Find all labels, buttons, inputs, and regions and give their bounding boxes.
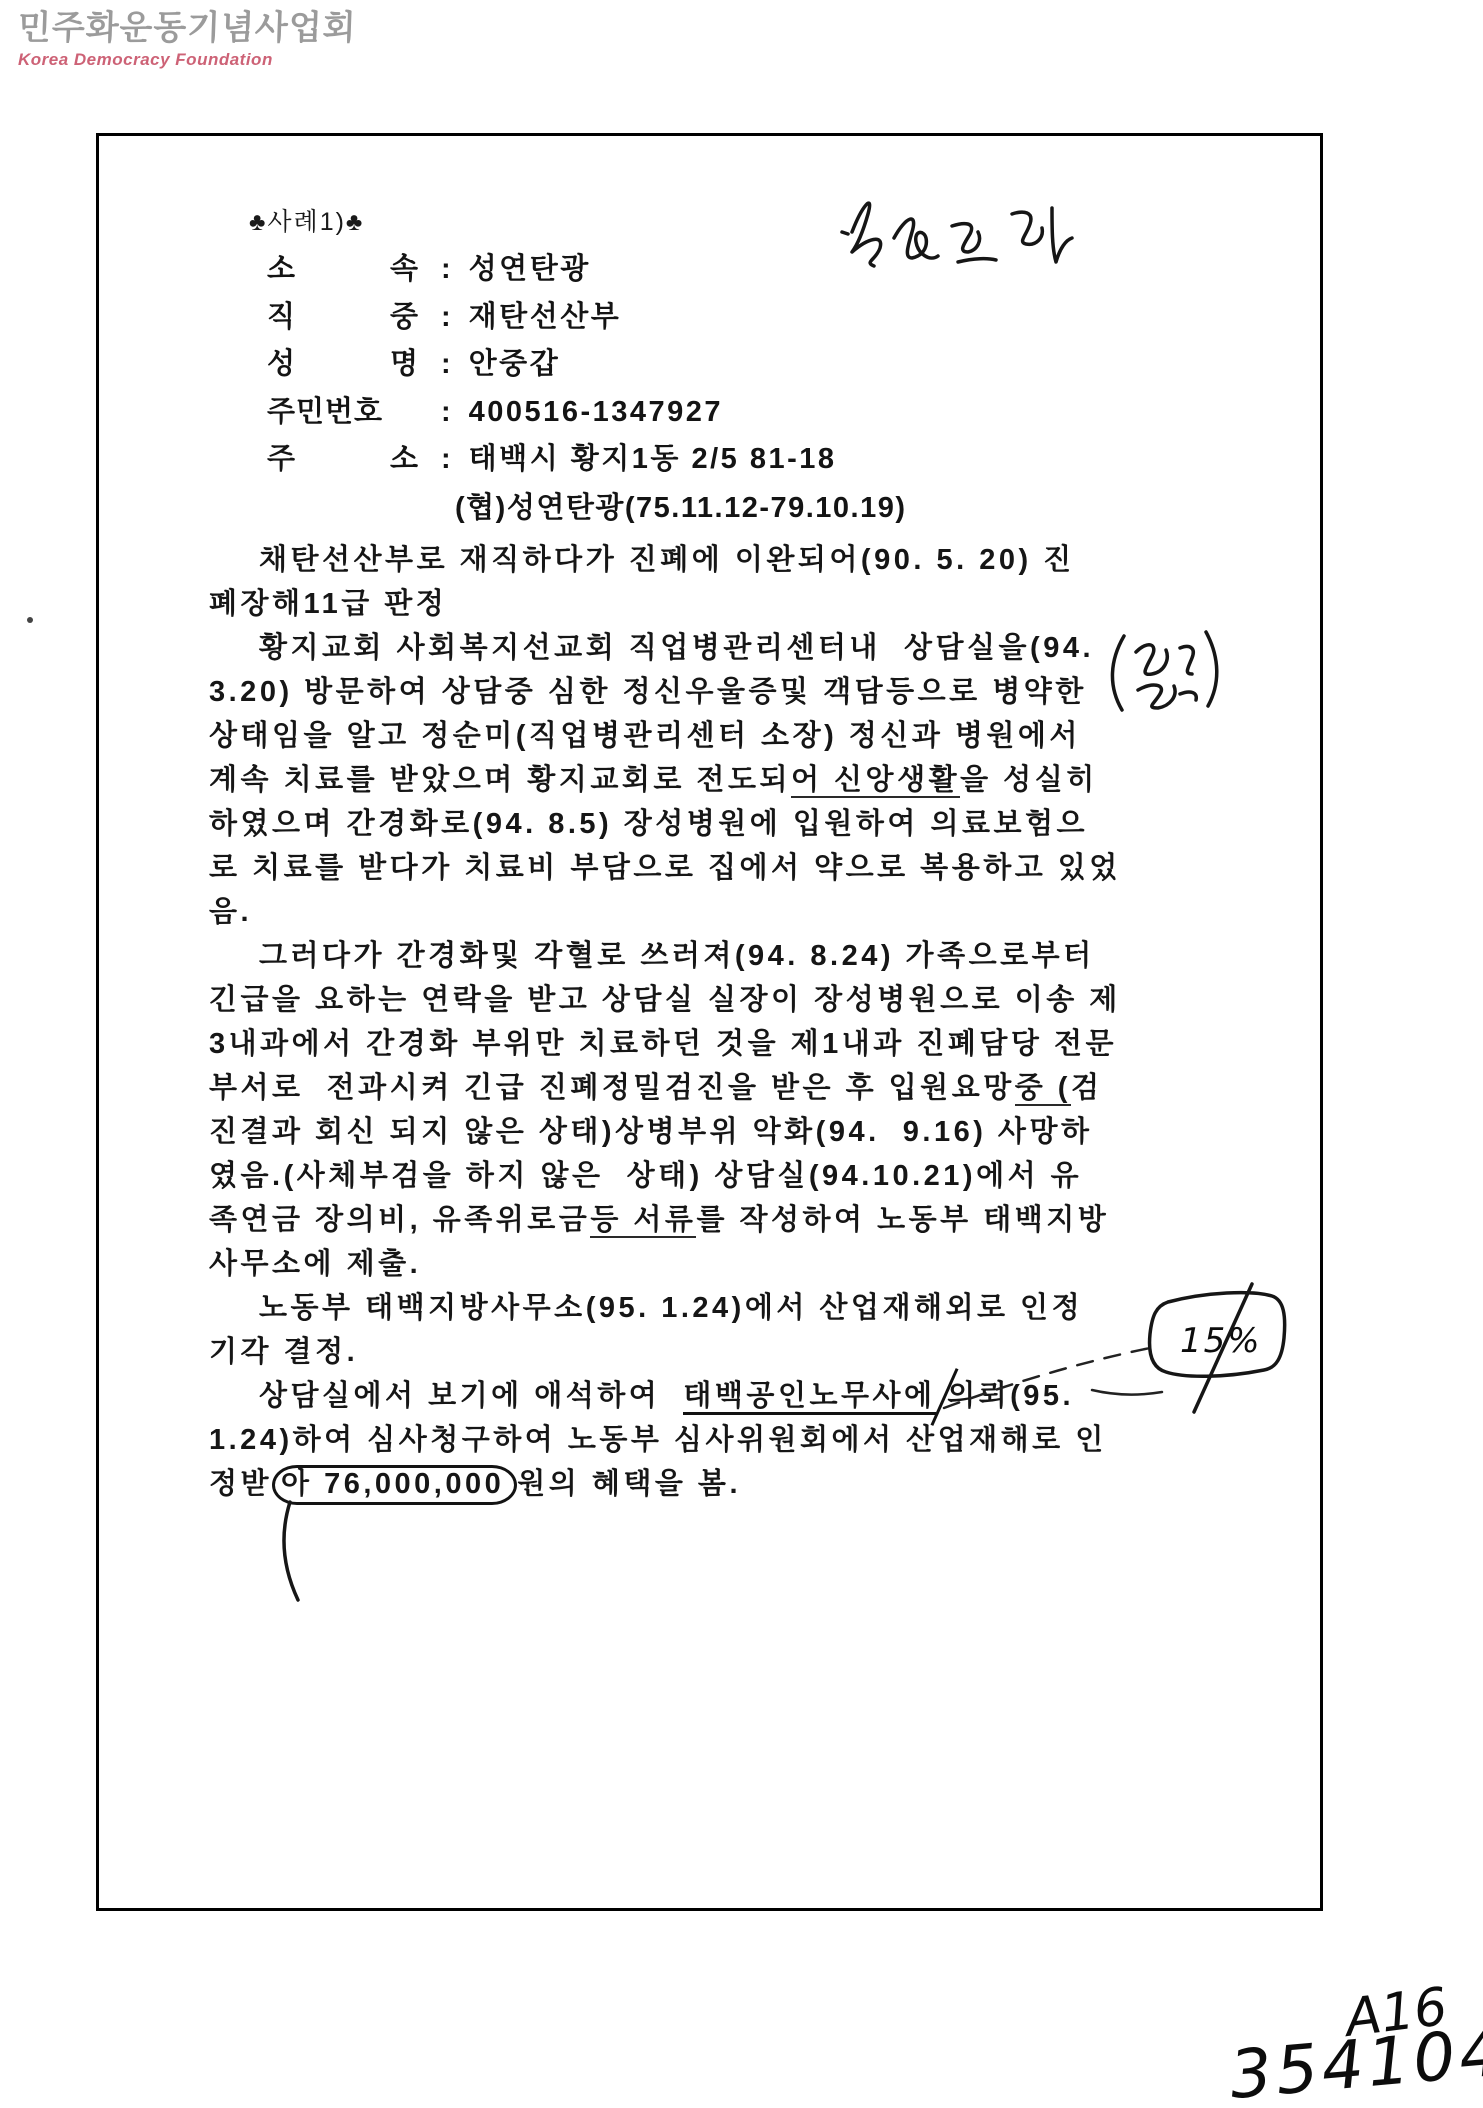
page-number-handwriting: 354104 [1227,2013,1483,2108]
body-text: 의뢰(95. [936,1380,1075,1412]
field-colon: : [441,443,451,476]
body-line: 상담실에서 보기에 애석하여 태백공인노무사에 의뢰(95. [209,1374,1269,1418]
body-line: 3.20) 방문하여 상담중 심한 정신우울증및 객담등으로 병약한 [209,670,1269,714]
affiliation-period-note: (협)성연탄광(75.11.12-79.10.19) [455,485,907,526]
field-row-resident-id: 주민번호 : 400516-1347927 [267,389,723,430]
body-text: 1.24)하여 심사청구하여 노동부 심사위원회에서 산업재해로 인 [209,1424,1107,1456]
logo-english-name: Korea Democracy Foundation [18,50,356,70]
body-line: 계속 치료를 받았으며 황지교회로 전도되어 신앙생활을 성실히 [209,758,1269,802]
body-text: 그러다가 간경화및 각혈로 쓰러져(94. 8.24) 가족으로부터 [259,940,1095,972]
body-line: 음. [209,890,1269,934]
field-label: 직 중 [267,294,419,335]
body-text: 채탄선산부로 재직하다가 진폐에 이완되어(90. 5. 20) 진 [259,544,1075,576]
body-text: 상태임을 알고 정순미(직업병관리센터 소장) 정신과 병원에서 [209,720,1081,752]
body-line: 하였으며 간경화로(94. 8.5) 장성병원에 입원하여 의료보험으 [209,802,1269,846]
body-text: 음. [209,896,252,928]
field-colon: : [441,348,451,381]
korea-democracy-foundation-logo: 민주화운동기념사업회 Korea Democracy Foundation [18,8,356,70]
body-text: 정받 [209,1468,272,1500]
field-value: 안중갑 [469,341,561,382]
field-value: 400516-1347927 [469,396,723,429]
body-text: 노동부 태백지방사무소(95. 1.24)에서 산업재해외로 인정 [259,1292,1083,1324]
pen-marked-text: 중 ( [1015,1072,1071,1106]
body-line: 부서로 전과시켜 긴급 진폐정밀검진을 받은 후 입원요망중 (검 [209,1066,1269,1110]
body-text: 계속 치료를 받았으며 황지교회로 전도되 [209,764,791,796]
body-line: 로 치료를 받다가 치료비 부담으로 집에서 약으로 복용하고 있었 [209,846,1269,890]
field-label: 성 명 [267,341,419,382]
body-line: 채탄선산부로 재직하다가 진폐에 이완되어(90. 5. 20) 진 [209,538,1269,582]
field-row-occupation: 직 중 : 재탄선산부 [267,294,621,335]
body-line: 였음.(사체부검을 하지 않은 상태) 상담실(94.10.21)에서 유 [209,1154,1269,1198]
pen-marked-text: 아 76,000,000 [272,1465,517,1505]
body-text: 를 작성하여 노동부 태백지방 [696,1204,1109,1236]
body-text: 폐장해11급 판정 [209,588,447,620]
body-line: 1.24)하여 심사청구하여 노동부 심사위원회에서 산업재해로 인 [209,1418,1269,1462]
field-row-address: 주 소 : 태백시 황지1동 2/5 81-18 [267,436,837,477]
pen-marked-text: 태백공인노무사에 [683,1380,935,1415]
body-line: 기각 결정. [209,1330,1269,1374]
body-text: 3.20) 방문하여 상담중 심한 정신우울증및 객담등으로 병약한 [209,676,1087,708]
field-row-affiliation: 소 속 : 성연탄광 [267,246,591,287]
body-line: 노동부 태백지방사무소(95. 1.24)에서 산업재해외로 인정 [209,1286,1269,1330]
field-label: 주민번호 [267,389,419,430]
scanned-document-page: 민주화운동기념사업회 Korea Democracy Foundation ♣사… [0,0,1483,2108]
body-text: 황지교회 사회복지선교회 직업병관리센터내 상담실을(94. [259,632,1094,664]
field-label: 소 속 [267,246,419,287]
body-text: 상담실에서 보기에 애석하여 [259,1380,683,1412]
document-border-frame: ♣사례1)♣ 소 속 : 성연탄광 직 중 : 재탄선산부 성 명 : 안중갑 … [96,133,1323,1911]
body-line: 사무소에 제출. [209,1242,1269,1286]
body-text: 진결과 회신 되지 않은 상태)상병부위 악화(94. 9.16) 사망하 [209,1116,1092,1148]
body-text: 검 [1071,1072,1103,1104]
pen-marked-text: 어 신앙생활 [791,764,960,798]
body-line: 3내과에서 간경화 부위만 치료하던 것을 제1내과 진폐담당 전문 [209,1022,1269,1066]
field-value: 재탄선산부 [469,294,622,335]
body-line: 진결과 회신 되지 않은 상태)상병부위 악화(94. 9.16) 사망하 [209,1110,1269,1154]
field-row-name: 성 명 : 안중갑 [267,341,560,382]
body-text: 3내과에서 간경화 부위만 치료하던 것을 제1내과 진폐담당 전문 [209,1028,1117,1060]
case-label: ♣사례1)♣ [249,202,364,238]
field-colon: : [441,396,451,429]
body-text: 을 성실히 [960,764,1098,796]
body-text: 부서로 전과시켜 긴급 진폐정밀검진을 받은 후 입원요망 [209,1072,1015,1104]
field-label: 주 소 [267,436,419,477]
body-text: 로 치료를 받다가 치료비 부담으로 집에서 약으로 복용하고 있었 [209,852,1121,884]
logo-korean-calligraphy: 민주화운동기념사업회 [17,8,357,49]
body-text: 기각 결정. [209,1336,358,1368]
margin-ink-dot [27,617,33,623]
body-text: 원의 혜택을 봄. [517,1468,741,1500]
body-line: 족연금 장의비, 유족위로금등 서류를 작성하여 노동부 태백지방 [209,1198,1269,1242]
body-text: 였음.(사체부검을 하지 않은 상태) 상담실(94.10.21)에서 유 [209,1160,1082,1192]
body-text: 긴급을 요하는 연락을 받고 상담실 실장이 장성병원으로 이송 제 [209,984,1121,1016]
body-line: 그러다가 간경화및 각혈로 쓰러져(94. 8.24) 가족으로부터 [209,934,1269,978]
field-value: 태백시 황지1동 2/5 81-18 [469,436,837,477]
doc-code-handwriting: A16 [1339,1977,1450,2049]
body-text: 사무소에 제출. [209,1248,421,1280]
body-line: 상태임을 알고 정순미(직업병관리센터 소장) 정신과 병원에서 [209,714,1269,758]
pen-marked-text: 등 서류 [590,1204,696,1238]
field-colon: : [441,301,451,334]
body-line: 황지교회 사회복지선교회 직업병관리센터내 상담실을(94. [209,626,1269,670]
body-text: 하였으며 간경화로(94. 8.5) 장성병원에 입원하여 의료보험으 [209,808,1088,840]
field-value: 성연탄광 [469,246,591,287]
field-colon: : [441,253,451,286]
body-line: 폐장해11급 판정 [209,582,1269,626]
body-line: 긴급을 요하는 연락을 받고 상담실 실장이 장성병원으로 이송 제 [209,978,1269,1022]
body-text: 족연금 장의비, 유족위로금 [209,1204,590,1236]
body-line: 정받아 76,000,000원의 혜택을 봄. [209,1462,1269,1506]
body-lines: 채탄선산부로 재직하다가 진폐에 이완되어(90. 5. 20) 진폐장해11급… [209,538,1269,1506]
